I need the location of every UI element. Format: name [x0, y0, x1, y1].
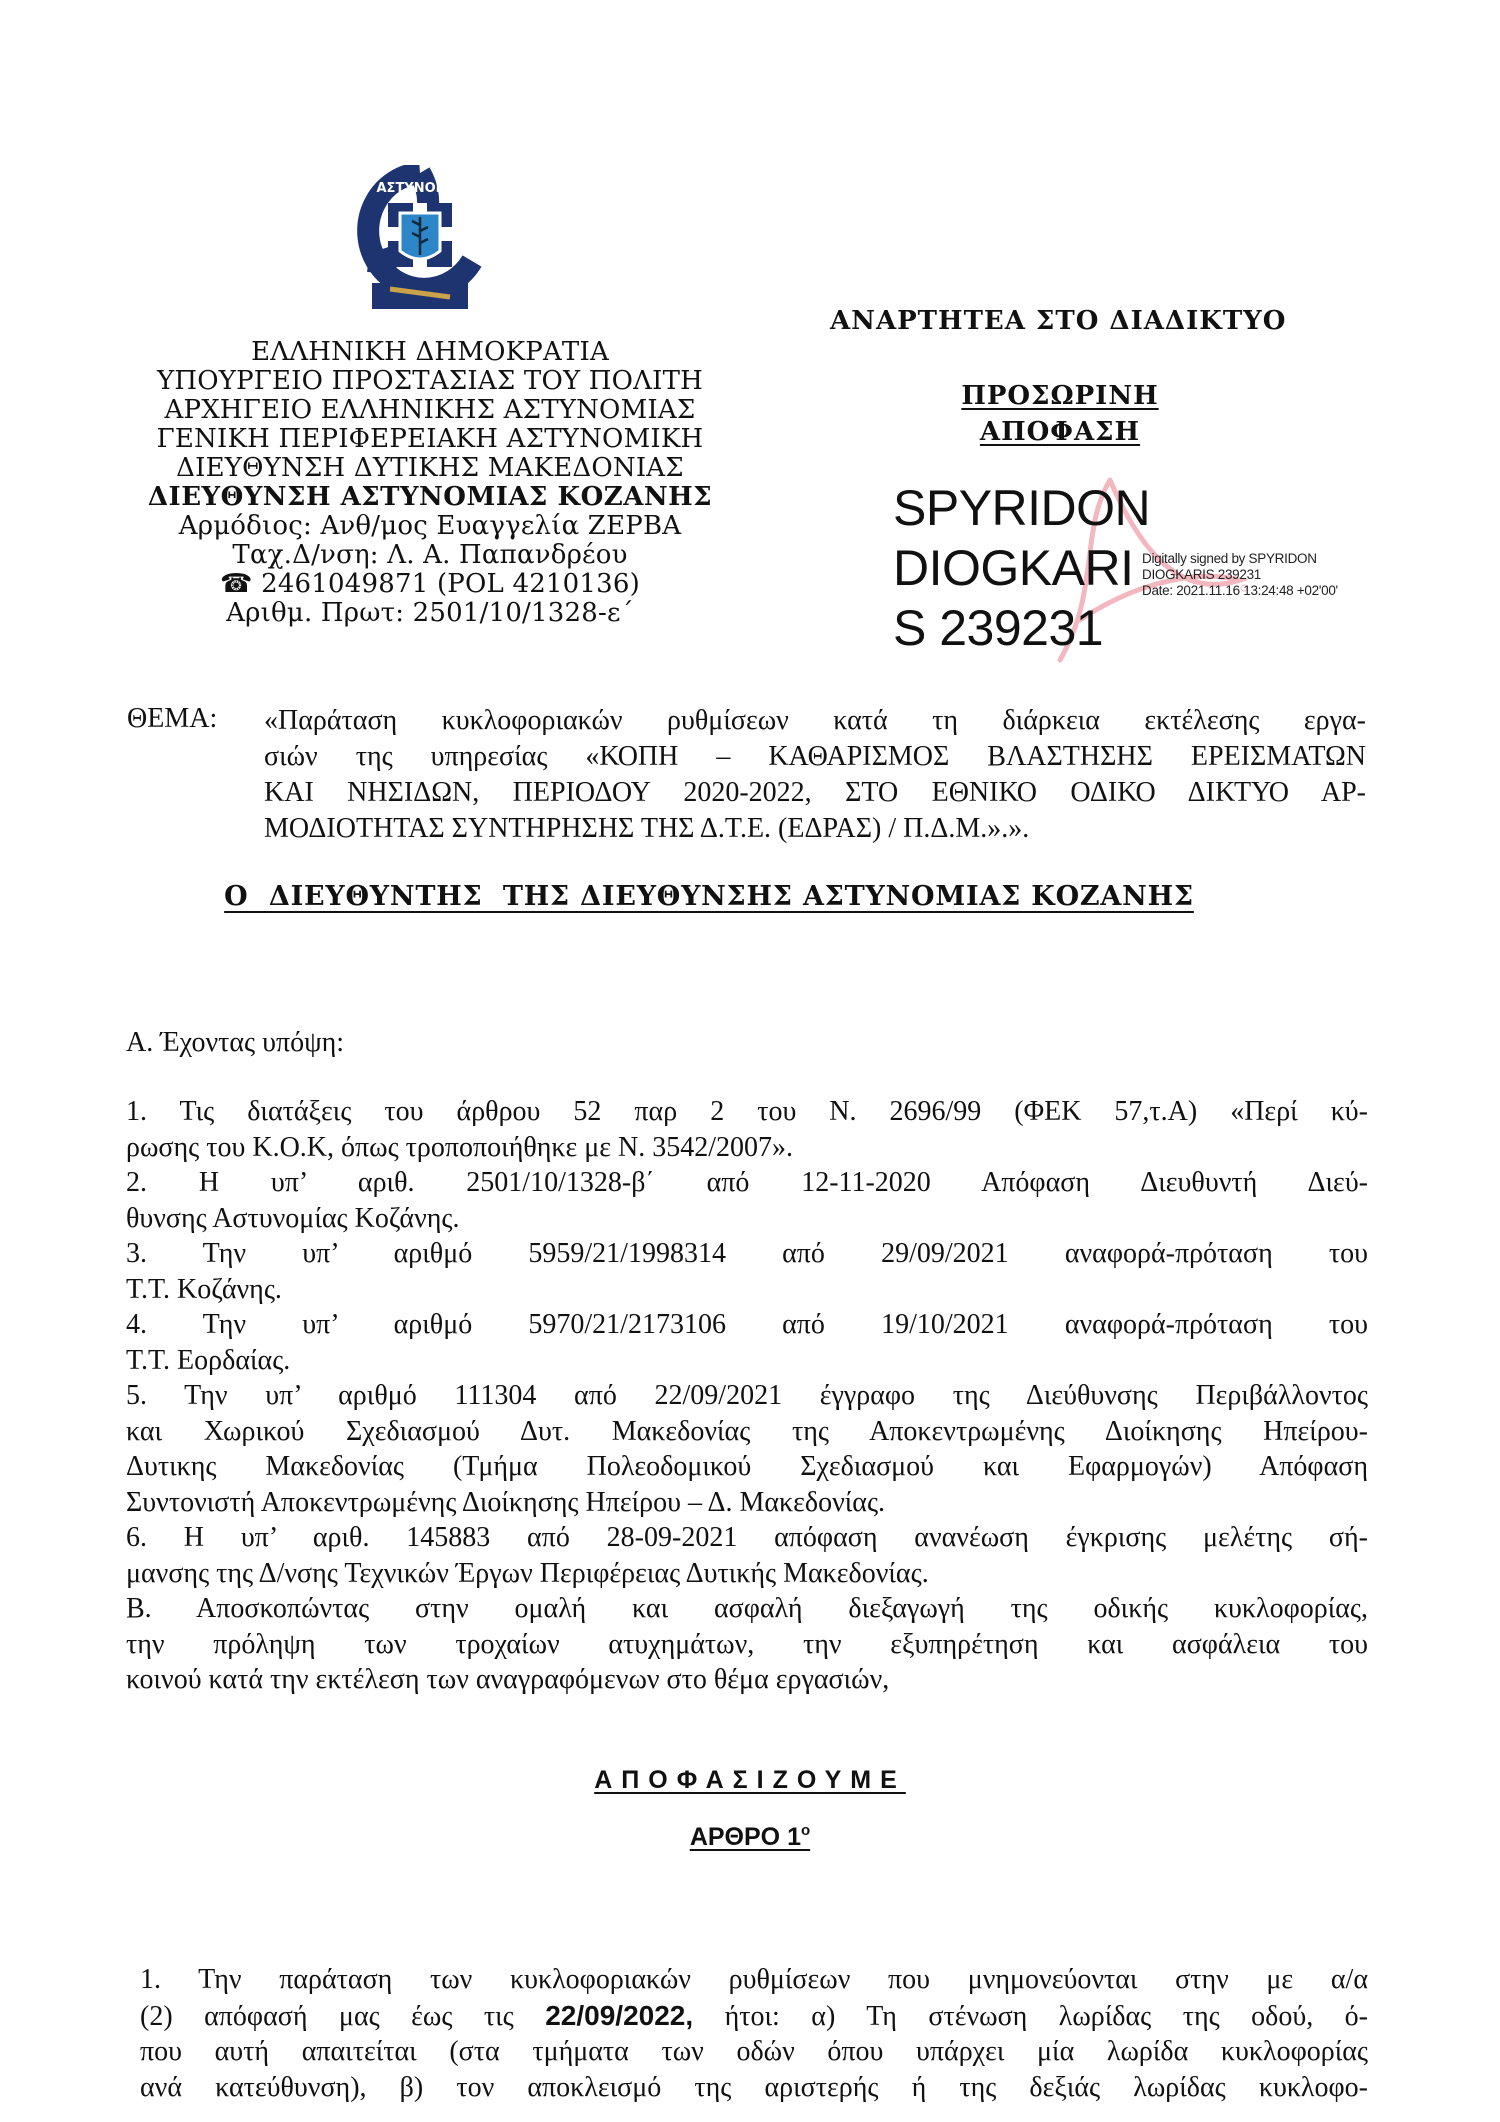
subject-line: ΜΟΔΙΟΤΗΤΑΣ ΣΥΝΤΗΡΗΣΗΣ ΤΗΣ Δ.Τ.Ε. (ΕΔΡΑΣ)…	[264, 811, 1366, 847]
signature-detail-line: Digitally signed by SPYRIDON	[1142, 551, 1338, 567]
consideration-line: 3. Την υπ’ αριθμό 5959/21/1998314 από 29…	[126, 1236, 1368, 1272]
subject-line: σιών της υπηρεσίας «ΚΟΠΗ – ΚΑΘΑΡΙΣΜΟΣ ΒΛ…	[264, 739, 1366, 775]
authority-line: ΔΙΕΥΘΥΝΣΗ ΔΥΤΙΚΗΣ ΜΑΚΕΔΟΝΙΑΣ	[130, 454, 730, 483]
decision-heading: ΑΠΟΦΑΣΙΖΟΥΜΕ	[500, 1766, 1000, 1795]
consideration-line: και Χωρικού Σχεδιασμού Δυτ. Μακεδονίας τ…	[126, 1414, 1368, 1450]
phone-icon: ☎	[220, 569, 253, 599]
extension-date: 22/09/2022,	[545, 2000, 693, 2031]
consideration-line: 4. Την υπ’ αριθμό 5970/21/2173106 από 19…	[126, 1307, 1368, 1343]
provisional-decision-label: ΠΡΟΣΩΡΙΝΗ ΑΠΟΦΑΣΗ	[900, 378, 1220, 450]
authority-line: ΑΡΧΗΓΕΙΟ ΕΛΛΗΝΙΚΗΣ ΑΣΤΥΝΟΜΙΑΣ	[130, 396, 730, 425]
subject-line: ΚΑΙ ΝΗΣΙΔΩΝ, ΠΕΡΙΟΔΟΥ 2020-2022, ΣΤΟ ΕΘΝ…	[264, 775, 1366, 811]
signature-name-line: S 239231	[893, 598, 1150, 658]
consideration-line: 1. Τις διατάξεις του άρθρου 52 παρ 2 του…	[126, 1094, 1368, 1130]
signature-date: Date: 2021.11.16 13:24:48 +02'00'	[1142, 583, 1338, 599]
consideration-line: 5. Την υπ’ αριθμό 111304 από 22/09/2021 …	[126, 1378, 1368, 1414]
digital-signature-details[interactable]: Digitally signed by SPYRIDON DIOGKARIS 2…	[1142, 551, 1338, 599]
decision-heading-text: ΑΠΟΦΑΣΙΖΟΥΜΕ	[594, 1766, 906, 1794]
article-text-fragment: (2) απόφασή μας έως τις	[140, 2001, 545, 2032]
hellenic-police-emblem-icon: ΑΣΤΥΝΟΜΙΑ	[350, 165, 490, 315]
signature-name-line: SPYRIDON	[893, 478, 1150, 538]
svg-text:ΑΣΤΥΝΟΜΙΑ: ΑΣΤΥΝΟΜΙΑ	[377, 181, 464, 196]
issuing-authority-block: ΕΛΛΗΝΙΚΗ ΔΗΜΟΚΡΑΤΙΑ ΥΠΟΥΡΓΕΙΟ ΠΡΟΣΤΑΣΙΑΣ…	[130, 338, 730, 628]
consideration-line: ρωσης του Κ.Ο.Κ, όπως τροποποιήθηκε με Ν…	[126, 1130, 1368, 1166]
phone-line: ☎ 2461049871 (POL 4210136)	[130, 570, 730, 599]
consideration-line: Τ.Τ. Κοζάνης.	[126, 1272, 1368, 1308]
article-superscript: ο	[801, 1822, 810, 1839]
provisional-line-2: ΑΠΟΦΑΣΗ	[980, 417, 1140, 447]
directorate-name: ΔΙΕΥΘΥΝΣΗ ΑΣΤΥΝΟΜΙΑΣ ΚΟΖΑΝΗΣ	[130, 483, 730, 512]
signature-detail-line: DIOGKARIS 239231	[1142, 567, 1338, 583]
consideration-line: Συντονιστή Αποκεντρωμένης Διοίκησης Ηπεί…	[126, 1485, 1368, 1521]
consideration-line: κοινού κατά την εκτέλεση των αναγραφόμεν…	[126, 1662, 1368, 1698]
article-line: (2) απόφασή μας έως τις 22/09/2022, ήτοι…	[140, 1998, 1368, 2035]
subject-line: «Παράταση κυκλοφοριακών ρυθμίσεων κατά τ…	[264, 703, 1366, 739]
phone-number: 2461049871 (POL 4210136)	[261, 569, 640, 599]
protocol-number: Αριθμ. Πρωτ: 2501/10/1328-ε΄	[130, 599, 730, 628]
article-1-text: 1. Την παράταση των κυκλοφοριακών ρυθμίσ…	[140, 1962, 1368, 2105]
article-line: 1. Την παράταση των κυκλοφοριακών ρυθμίσ…	[140, 1962, 1368, 1998]
postal-address: Ταχ.Δ/νση: Λ. Α. Παπανδρέου	[130, 541, 730, 570]
consideration-line: 6. Η υπ’ αριθ. 145883 από 28-09-2021 από…	[126, 1520, 1368, 1556]
article-heading: ΑΡΘΡΟ 1ο	[500, 1822, 1000, 1852]
consideration-line: την πρόληψη των τροχαίων ατυχημάτων, την…	[126, 1627, 1368, 1663]
subject-label: ΘΕΜΑ:	[127, 703, 217, 735]
consideration-line: μανσης της Δ/νσης Τεχνικών Έργων Περιφέρ…	[126, 1556, 1368, 1592]
consideration-line: Δυτικης Μακεδονίας (Τμήμα Πολεοδομικού Σ…	[126, 1449, 1368, 1485]
consideration-line: Τ.Τ. Εορδαίας.	[126, 1343, 1368, 1379]
considering-heading: Α. Έχοντας υπόψη:	[126, 1027, 344, 1059]
signature-name-line: DIOGKARI	[893, 538, 1150, 598]
article-line: ανά κατεύθυνση), β) τον αποκλεισμό της α…	[140, 2070, 1368, 2106]
authority-line: ΓΕΝΙΚΗ ΠΕΡΙΦΕΡΕΙΑΚΗ ΑΣΤΥΝΟΜΙΚΗ	[130, 425, 730, 454]
consideration-line: Β. Αποσκοπώντας στην ομαλή και ασφαλή δι…	[126, 1591, 1368, 1627]
posted-online-label: ΑΝΑΡΤΗΤΕΑ ΣΤΟ ΔΙΑΔΙΚΤΥΟ	[830, 306, 1350, 336]
consideration-line: θυνσης Αστυνομίας Κοζάνης.	[126, 1201, 1368, 1237]
considerations-list: 1. Τις διατάξεις του άρθρου 52 παρ 2 του…	[126, 1094, 1368, 1698]
article-heading-text: ΑΡΘΡΟ 1	[690, 1823, 801, 1851]
article-text-fragment: ήτοι: α) Τη στένωση λωρίδας της οδού, ό-	[693, 2001, 1368, 2032]
authority-line: ΕΛΛΗΝΙΚΗ ΔΗΜΟΚΡΑΤΙΑ	[130, 338, 730, 367]
director-heading-text: Ο ΔΙΕΥΘΥΝΤΗΣ ΤΗΣ ΔΙΕΥΘΥΝΣΗΣ ΑΣΤΥΝΟΜΙΑΣ Κ…	[224, 881, 1194, 912]
consideration-line: 2. Η υπ’ αριθ. 2501/10/1328-β΄ από 12-11…	[126, 1165, 1368, 1201]
digital-signature-name: SPYRIDON DIOGKARI S 239231	[893, 478, 1150, 658]
subject-text: «Παράταση κυκλοφοριακών ρυθμίσεων κατά τ…	[264, 703, 1366, 847]
authority-line: ΥΠΟΥΡΓΕΙΟ ΠΡΟΣΤΑΣΙΑΣ ΤΟΥ ΠΟΛΙΤΗ	[130, 367, 730, 396]
article-line: που αυτή απαιτείται (στα τμήματα των οδώ…	[140, 2034, 1368, 2070]
provisional-line-1: ΠΡΟΣΩΡΙΝΗ	[961, 381, 1158, 411]
director-heading: Ο ΔΙΕΥΘΥΝΤΗΣ ΤΗΣ ΔΙΕΥΘΥΝΣΗΣ ΑΣΤΥΝΟΜΙΑΣ Κ…	[168, 881, 1250, 912]
responsible-officer: Αρμόδιος: Ανθ/μος Ευαγγελία ΖΕΡΒΑ	[130, 512, 730, 541]
